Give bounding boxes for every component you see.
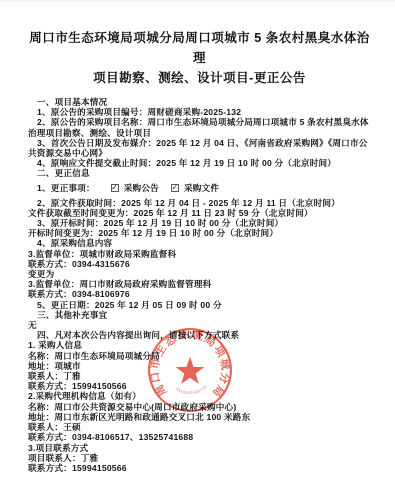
section3-content: 无 [28, 320, 371, 330]
agency-contact-phone: 联系方式：0394-8106517、13525741688 [28, 432, 371, 442]
document-title: 周口市生态环境局项城分局周口项城市 5 条农村黑臭水体治理 项目勘察、测绘、设计… [28, 28, 371, 88]
original-submission-deadline: 4、原响应文件提交截止时间：2025 年 12 月 19 日 10 时 00 分… [28, 158, 371, 168]
agency-contact-person: 联系人：王硕 [28, 422, 371, 432]
checkbox-document-label: 采购文件 [184, 183, 219, 194]
file-obtain-time-change: 文件获取截至时间变更为：2025 年 12 月 11 日 23 时 59 分（北… [28, 208, 371, 218]
new-supervisor-phone: 联系方式：0394-8106976 [28, 289, 371, 299]
bid-opening-time-change: 开标时间变更为：2025 年 12 月 19 日 10 时 00 分（北京时间） [28, 228, 371, 238]
section3-heading: 三、其他补充事宜 [28, 310, 371, 320]
agency-name: 名称：周口市公共资源交易中心(周口市政府采购中心) [28, 402, 371, 412]
original-supervisor-phone: 联系方式：0394-4315676 [28, 259, 371, 269]
original-bid-opening-time: 3、原开标时间：2025 年 12 月 19 日 10 时 00 分（北京时间） [28, 218, 371, 228]
original-procurement-info-heading: 4、原采购信息内容 [28, 238, 371, 248]
correction-items-row: 1、更正事项： ✓ 采购公告 ✓ 采购文件 [28, 183, 371, 194]
correction-items-label: 1、更正事项： [28, 183, 95, 194]
checkbox-group-document: ✓ 采购文件 [171, 183, 219, 194]
section4-heading: 四、凡对本次公告内容提出询问，请按以下方式联系 [28, 330, 371, 340]
project-contact-heading: 3.项目联系方式 [28, 443, 371, 453]
original-file-obtain-time: 2、原文件获取时间：2025 年 12 月 04 日 - 2025 年 12 月… [28, 198, 371, 208]
original-project-name: 2、原公告的采购项目名称：周口市生态环境局项城分局周口项城市 5 条农村黑臭水体… [28, 117, 371, 137]
project-contact-phone: 联系方式：15994150566 [28, 463, 371, 473]
check-icon: ✓ [171, 184, 178, 192]
correction-date: 5、更正日期：2025 年 12 月 05 日 09 时 00 分 [28, 300, 371, 310]
original-supervisor-unit: 3.监督单位：项城市财政局采购监督科 [28, 249, 371, 259]
agency-address: 地址：周口市东新区光明路和政通路交叉口北 100 米路东 [28, 412, 371, 422]
title-line-2: 项目勘察、测绘、设计项目-更正公告 [28, 68, 371, 88]
first-announcement-date: 3、首次公告日期及发布媒介：2025 年 12 月 04 日、《河南省政府采购网… [28, 138, 371, 158]
check-icon: ✓ [111, 184, 118, 192]
change-to-label: 变更为 [28, 269, 371, 279]
original-project-number: 1、原公告的采购项目编号：周财磋商采购-2025-132 [28, 107, 371, 117]
announcement-document: 周口市生态环境局项城分局周口项城市 5 条农村黑臭水体治理 项目勘察、测绘、设计… [0, 2, 395, 473]
purchaser-contact-person: 联系人：丁雅 [28, 371, 371, 381]
purchaser-heading: 1. 采购人信息 [28, 340, 371, 350]
purchaser-contact-phone: 联系方式：15994150566 [28, 381, 371, 391]
section2-heading: 二、更正信息 [28, 168, 371, 178]
agency-heading: 2.采购代理机构信息（如有） [28, 391, 371, 401]
checkbox-group-announcement: ✓ 采购公告 [111, 183, 159, 194]
checkbox-announcement-label: 采购公告 [124, 183, 159, 194]
new-supervisor-unit: 3.监督单位：周口市财政局政府采购监督管理科 [28, 279, 371, 289]
checkbox-procurement-announcement[interactable]: ✓ [111, 184, 119, 192]
document-body: 一、项目基本情况 1、原公告的采购项目编号：周财磋商采购-2025-132 2、… [28, 97, 371, 473]
checkbox-procurement-document[interactable]: ✓ [171, 184, 179, 192]
section1-heading: 一、项目基本情况 [28, 97, 371, 107]
title-line-1: 周口市生态环境局项城分局周口项城市 5 条农村黑臭水体治理 [28, 28, 371, 68]
purchaser-name: 名称：周口市生态环境局项城分局 [28, 351, 371, 361]
project-contact-person: 项目联系人：丁雅 [28, 453, 371, 463]
purchaser-address: 地址：项城市 [28, 361, 371, 371]
